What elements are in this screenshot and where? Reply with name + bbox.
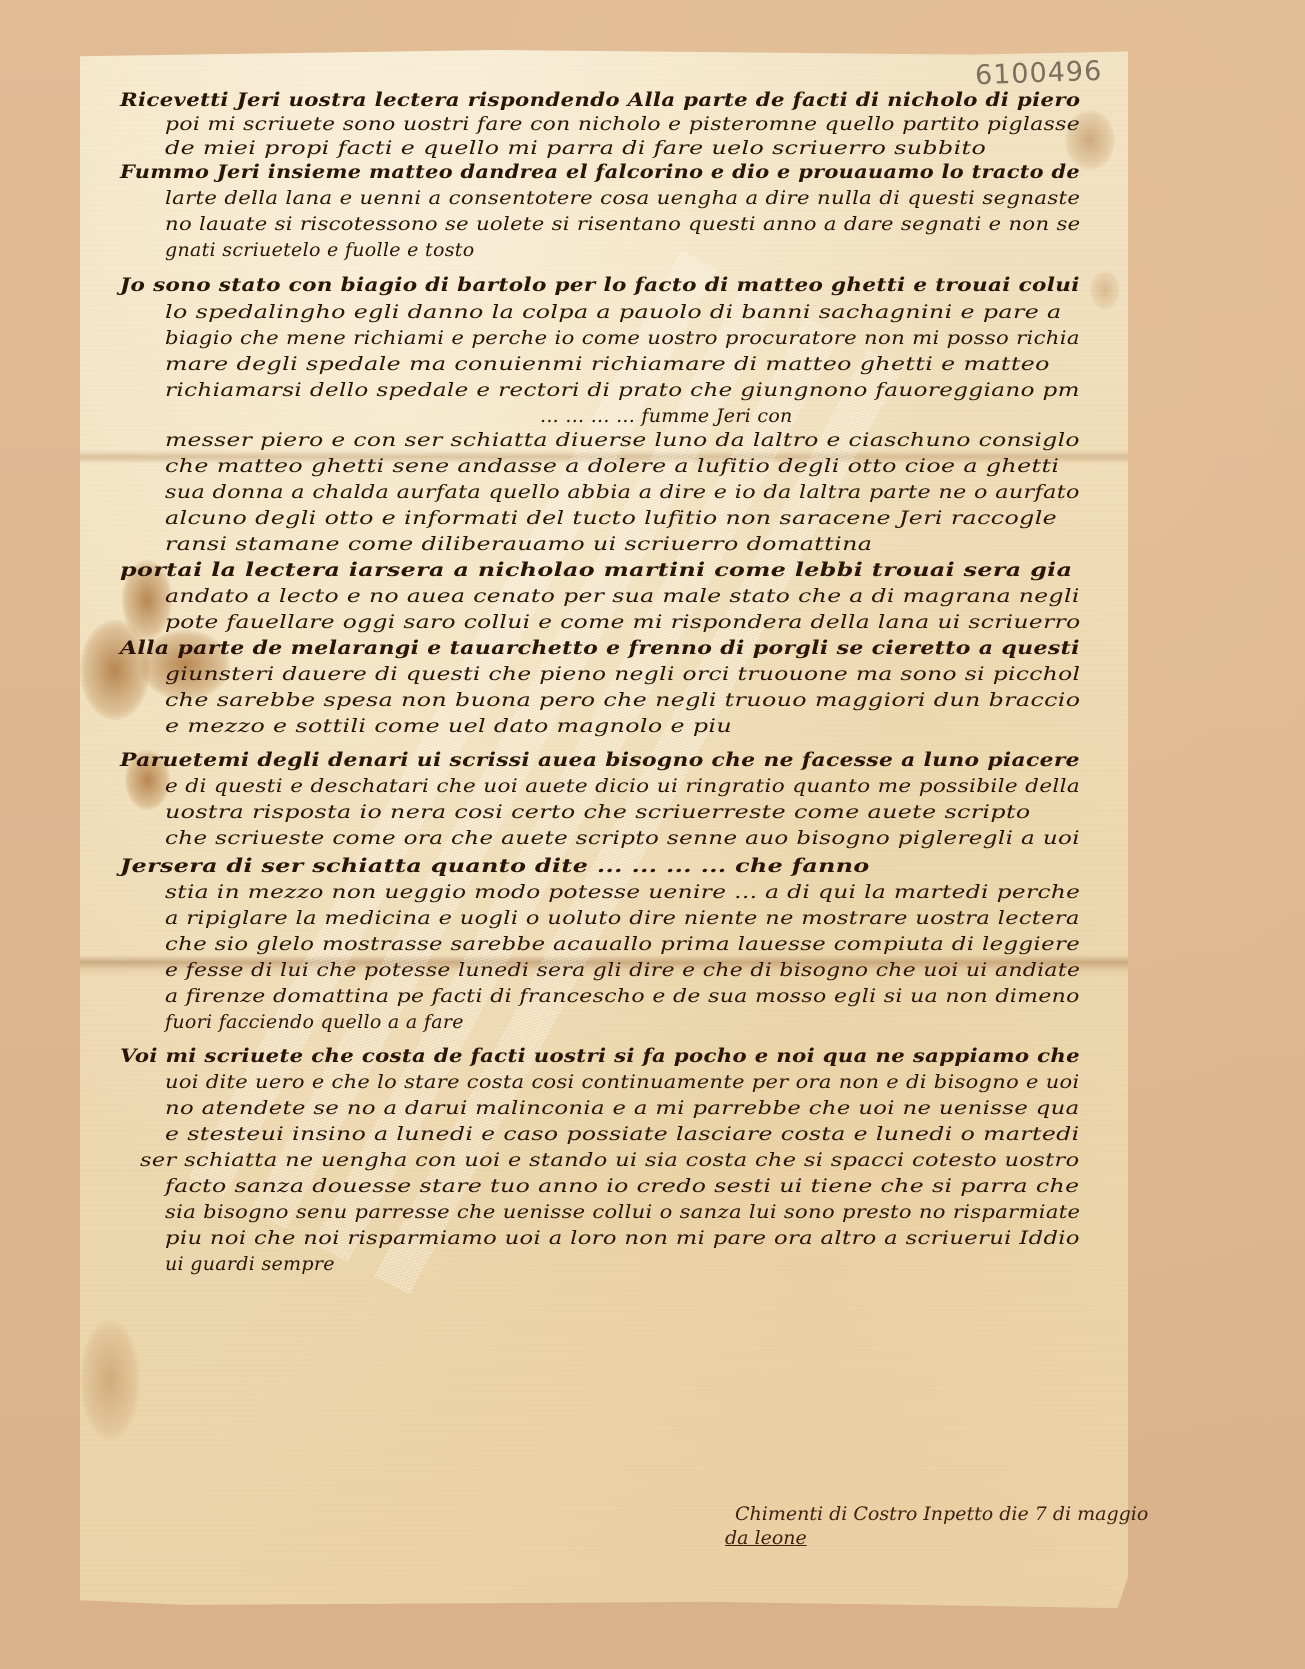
paragraph-start-line: Alla parte de melarangi e tauarchetto e … (120, 636, 1080, 660)
manuscript-line: ... ... ... ... fumme Jeri con (540, 404, 793, 428)
manuscript-line: messer piero e con ser schiatta diuerse … (165, 428, 1080, 452)
manuscript-line: mare degli spedale ma conuienmi richiama… (165, 352, 1050, 376)
manuscript-line: richiamarsi dello spedale e rectori di p… (165, 378, 1080, 402)
paragraph-start-line: Paruetemi degli denari ui scrissi auea b… (120, 748, 1080, 772)
manuscript-line: ransi stamane come diliberauamo ui scriu… (165, 532, 872, 556)
manuscript-line: che sarebbe spesa non buona pero che neg… (165, 688, 1080, 712)
manuscript-line: che scriueste come ora che auete scripto… (165, 826, 1080, 850)
manuscript-line: e mezzo e sottili come uel dato magnolo … (165, 714, 732, 738)
water-stain (80, 1320, 140, 1440)
manuscript-line: ser schiatta ne uengha con uoi e stando … (140, 1148, 1080, 1172)
paragraph-start-line: Jo sono stato con biagio di bartolo per … (120, 273, 1080, 297)
manuscript-line: fuori facciendo quello a a fare (165, 1010, 464, 1034)
manuscript-line: gnati scriuetelo e fuolle e tosto (165, 238, 474, 262)
manuscript-line: ui guardi sempre (165, 1252, 335, 1276)
manuscript-line: no lauate si riscotessono se uolete si r… (165, 212, 1080, 236)
archive-id-number: 6100496 (974, 56, 1102, 91)
manuscript-line: uostra risposta io nera cosi certo che s… (165, 800, 1031, 824)
manuscript-line: sia bisogno senu parresse che uenisse co… (165, 1200, 1080, 1224)
manuscript-line: poi mi scriuete sono uostri fare con nic… (165, 112, 1080, 136)
manuscript-line: alcuno degli otto e informati del tucto … (165, 506, 1057, 530)
signature-line: Chimenti di Costro Inpetto die 7 di magg… (735, 1503, 1148, 1525)
manuscript-line: a ripiglare la medicina e uogli o uoluto… (165, 906, 1080, 930)
paragraph-start-line: Jersera di ser schiatta quanto dite ... … (120, 854, 870, 878)
water-stain (80, 620, 150, 720)
manuscript-line: piu noi che noi risparmiamo uoi a loro n… (165, 1226, 1080, 1250)
paragraph-start-line: Ricevetti Jeri uostra lectera rispondend… (120, 88, 1080, 112)
paragraph-start-line: portai la lectera iarsera a nicholao mar… (120, 558, 1072, 582)
manuscript-line: giunsteri dauere di questi che pieno neg… (165, 662, 1080, 686)
manuscript-line: e fesse di lui che potesse lunedi sera g… (165, 958, 1080, 982)
manuscript-line: lo spedalingho egli danno la colpa a pau… (165, 300, 1062, 324)
manuscript-line: e stesteui insino a lunedi e caso possia… (165, 1122, 1080, 1146)
manuscript-line: uoi dite uero e che lo stare costa cosi … (165, 1070, 1080, 1094)
manuscript-line: e di questi e deschatari che uoi auete d… (165, 774, 1080, 798)
manuscript-line: stia in mezzo non ueggio modo potesse ue… (165, 880, 1080, 904)
manuscript-line: che sio glelo mostrasse sarebbe acauallo… (165, 932, 1080, 956)
manuscript-line: che matteo ghetti sene andasse a dolere … (165, 454, 1059, 478)
water-stain (1090, 270, 1120, 310)
manuscript-line: a firenze domattina pe facti di francesc… (165, 984, 1080, 1008)
manuscript-line: de miei propi facti e quello mi parra di… (165, 136, 986, 160)
signature-block: Chimenti di Costro Inpetto die 7 di magg… (735, 1502, 1148, 1550)
signature-place: da leone (725, 1526, 1148, 1550)
paragraph-start-line: Fummo Jeri insieme matteo dandrea el fal… (120, 160, 1080, 184)
manuscript-line: no atendete se no a darui malinconia e a… (165, 1096, 1080, 1120)
paragraph-start-line: Voi mi scriuete che costa de facti uostr… (120, 1044, 1080, 1068)
manuscript-line: biagio che mene richiami e perche io com… (165, 326, 1080, 350)
manuscript-line: andato a lecto e no auea cenato per sua … (165, 584, 1080, 608)
manuscript-line: pote fauellare oggi saro collui e come m… (165, 610, 1081, 634)
manuscript-line: larte della lana e uenni a consentotere … (165, 186, 1080, 210)
manuscript-line: sua donna a chalda aurfata quello abbia … (165, 480, 1080, 504)
manuscript-line: facto sanza douesse stare tuo anno io cr… (165, 1174, 1079, 1198)
